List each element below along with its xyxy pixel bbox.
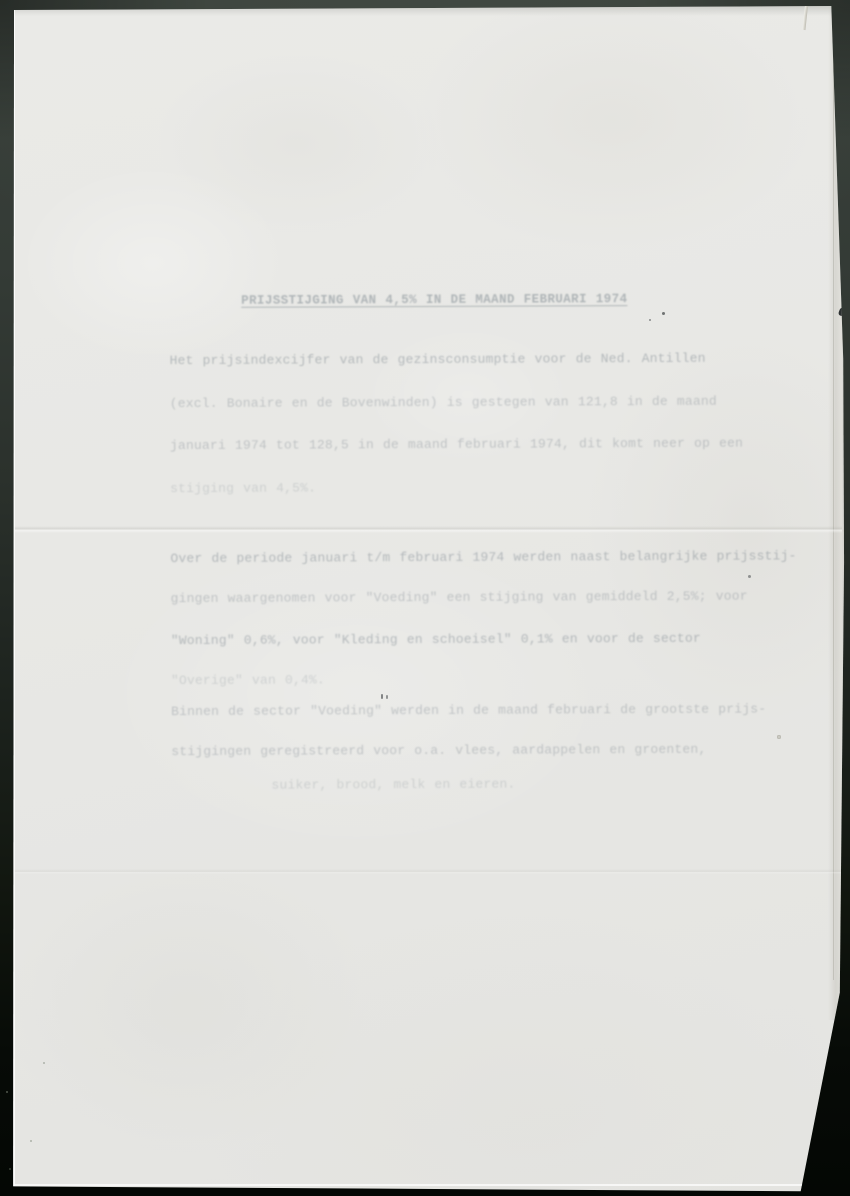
paragraph1-line: januari 1974 tot 128,5 in de maand febru… (170, 436, 704, 453)
paragraph2-line: Binnen de sector "Voeding" werden in de … (171, 702, 705, 719)
paragraph2-line: Over de periode januari t/m februari 197… (170, 549, 704, 566)
paragraph1-line: stijging van 4,5%. (170, 479, 704, 496)
paragraph2-line: gingen waargenomen voor "Voeding" een st… (171, 589, 705, 606)
dust-speck (6, 1091, 8, 1093)
paragraph2-line: "Overige" van 0,4%. (171, 671, 705, 688)
paper-blemish (777, 735, 781, 739)
paragraph1-line: (excl. Bonaire en de Bovenwinden) is ges… (170, 394, 704, 411)
paragraph2-line: suiker, brood, melk en eieren. (171, 775, 805, 793)
dust-speck (9, 1168, 11, 1170)
ink-speck (748, 575, 751, 578)
paragraph2-line: "Woning" 0,6%, voor "Kleding en schoeise… (171, 631, 705, 648)
showthrough-text-block: PRIJSSTIJGING VAN 4,5% IN DE MAAND FEBRU… (0, 0, 850, 1196)
ink-speck (386, 695, 388, 699)
dust-speck (30, 1140, 32, 1142)
paragraph2-line: stijgingen geregistreerd voor o.a. vlees… (171, 742, 705, 759)
ink-speck (381, 694, 383, 699)
ink-speck (662, 312, 665, 315)
dust-speck (43, 1062, 45, 1064)
ink-speck (649, 319, 651, 321)
scanned-page: PRIJSSTIJGING VAN 4,5% IN DE MAAND FEBRU… (0, 0, 850, 1196)
document-title: PRIJSSTIJGING VAN 4,5% IN DE MAAND FEBRU… (169, 292, 699, 308)
paragraph1-line: Het prijsindexcijfer van de gezinsconsum… (170, 351, 704, 368)
